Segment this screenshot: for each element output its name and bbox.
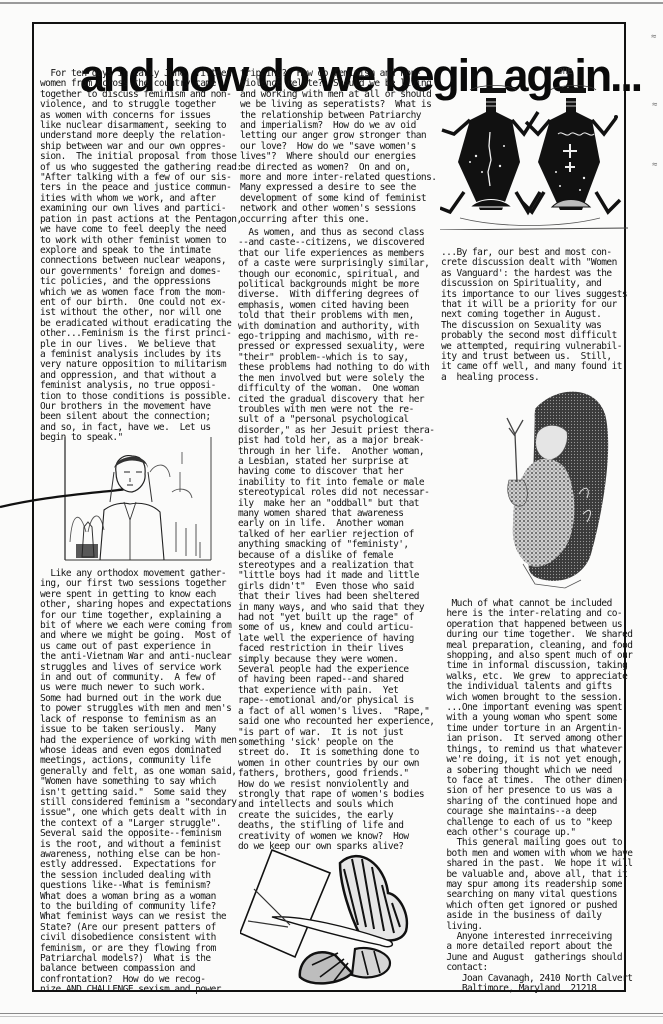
text-line: Several said the opposite--feminism	[40, 829, 236, 839]
column-right-top: ...By far, our best and most con-crete d…	[441, 248, 627, 383]
crouching-woman-illustration	[495, 384, 625, 594]
scan-mark: ≈	[652, 100, 657, 110]
text-line: said one who recounted her experience,	[238, 717, 434, 727]
text-line: nize AND CHALLENGE sexism and power	[40, 985, 236, 995]
figure-mark: OHE	[558, 67, 573, 76]
text-line: stereotypical roles did not necessar-	[238, 488, 434, 498]
scan-mark: ≈	[652, 160, 657, 170]
text-line: a healing process.	[441, 373, 627, 383]
text-line: "Women have something to say which	[40, 777, 236, 787]
text-line: Baltimore, Maryland 21218	[436, 984, 632, 994]
text-line: issue to be taken seriously. Many	[40, 725, 236, 735]
column-middle-bottom: As women, and thus as second class--and …	[238, 228, 434, 852]
text-line: we have come to feel deeply the need	[40, 225, 242, 235]
text-line: other...Feminism is the first princi-	[40, 329, 242, 339]
column-right-bottom: Much of what cannot be included here is …	[436, 599, 632, 994]
text-line: courage she maintains--a deep	[436, 807, 632, 817]
twin-figures-illustration: OHE	[440, 62, 630, 230]
woman-portrait-illustration	[0, 432, 232, 562]
column-middle-top: tripping? How do feminism and non-violen…	[240, 69, 436, 225]
text-line: deaths, the stifling of life and	[238, 821, 434, 831]
scan-mark: ≈	[651, 32, 656, 42]
bottom-rule-secondary	[0, 1016, 663, 1017]
text-line: occurring after this one.	[240, 215, 436, 225]
text-line: fathers, brothers, good friends."	[238, 769, 434, 779]
butterfly-illustration	[240, 845, 440, 985]
column-left-top: For ten days in early June, fifteenwomen…	[40, 69, 242, 444]
text-line: shared in the past. We hope it will	[436, 859, 632, 869]
text-line: we're doing, it is not yet enough,	[436, 755, 632, 765]
text-line: tic policies, and the oppressions	[40, 277, 242, 287]
bottom-rule	[0, 1013, 663, 1014]
column-left-bottom: Like any orthodox movement gather-ing, o…	[40, 569, 236, 996]
top-rule	[0, 2, 663, 4]
text-line: difficulty of the woman. One woman	[238, 384, 434, 394]
text-line: pist had told her, as a major break-	[238, 436, 434, 446]
